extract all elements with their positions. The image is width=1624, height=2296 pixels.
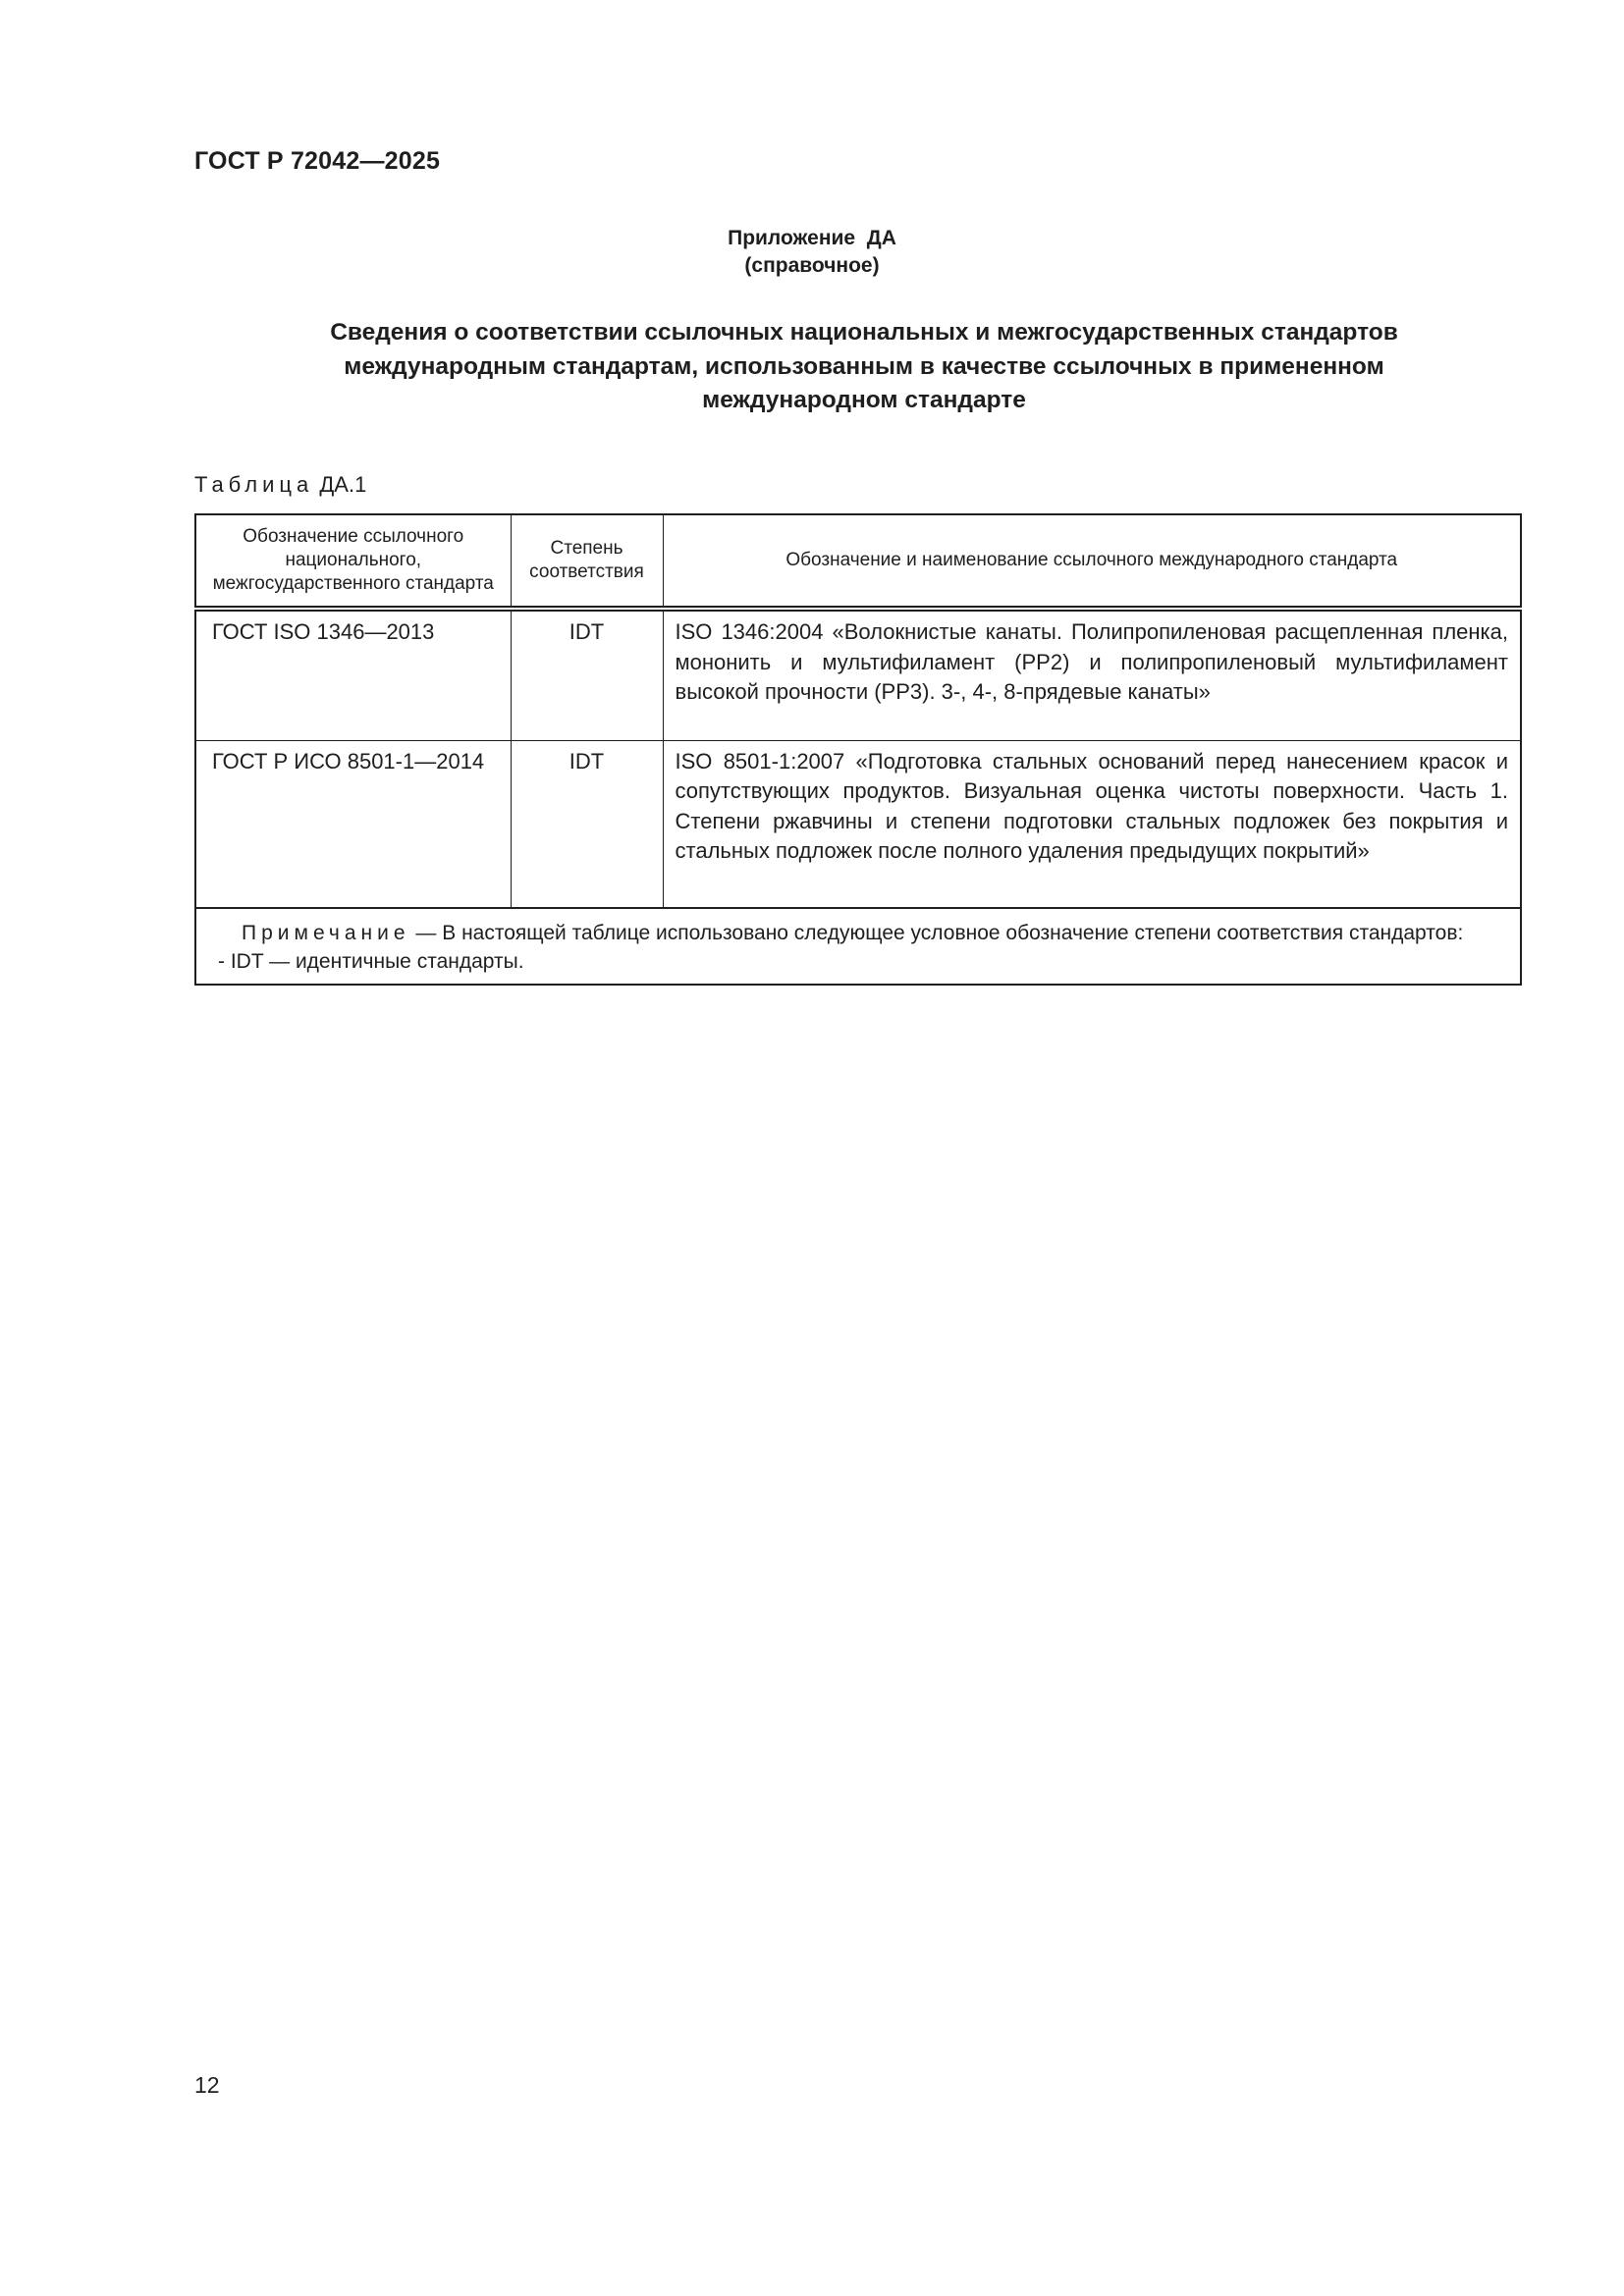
table-row: ГОСТ Р ИСО 8501-1—2014 IDT ISO 8501-1:20…	[195, 740, 1521, 908]
international-standard-cell: ISO 8501-1:2007 «Подготовка стальных осн…	[663, 740, 1521, 908]
note-list-item: - IDT — идентичные стандарты.	[218, 947, 1508, 976]
title-line: международным стандартам, использованным…	[226, 350, 1502, 385]
national-standard-cell: ГОСТ ISO 1346—2013	[195, 609, 511, 740]
page-number: 12	[194, 2072, 220, 2099]
title-line: международном стандарте	[226, 384, 1502, 418]
note-text: — В настоящей таблице использовано следу…	[410, 922, 1464, 944]
title-line: Сведения о соответствии ссылочных национ…	[226, 316, 1502, 350]
appendix-label: Приложение ДА	[0, 225, 1624, 252]
appendix-title: Сведения о соответствии ссылочных национ…	[226, 316, 1502, 418]
column-header-degree: Степень соответствия	[511, 514, 663, 609]
column-header-international: Обозначение и наименование ссылочного ме…	[663, 514, 1521, 609]
table-note: Примечание — В настоящей таблице использ…	[195, 908, 1521, 985]
column-header-national: Обозначение ссылочного национального, ме…	[195, 514, 511, 609]
table-row: ГОСТ ISO 1346—2013 IDT ISO 1346:2004 «Во…	[195, 609, 1521, 740]
national-standard-cell: ГОСТ Р ИСО 8501-1—2014	[195, 740, 511, 908]
degree-cell: IDT	[511, 609, 663, 740]
table-caption-id: ДА.1	[319, 472, 366, 497]
table-note-row: Примечание — В настоящей таблице использ…	[195, 908, 1521, 985]
international-standard-cell: ISO 1346:2004 «Волокнистые канаты. Полип…	[663, 609, 1521, 740]
table-header-row: Обозначение ссылочного национального, ме…	[195, 514, 1521, 609]
degree-cell: IDT	[511, 740, 663, 908]
appendix-heading: Приложение ДА (справочное)	[0, 225, 1624, 280]
note-label: Примечание	[242, 922, 410, 944]
appendix-type: (справочное)	[0, 252, 1624, 280]
table-caption: Таблица ДА.1	[194, 472, 366, 498]
standards-correspondence-table: Обозначение ссылочного национального, ме…	[194, 513, 1522, 986]
table-caption-word: Таблица	[194, 472, 313, 497]
document-code: ГОСТ Р 72042—2025	[194, 147, 440, 176]
